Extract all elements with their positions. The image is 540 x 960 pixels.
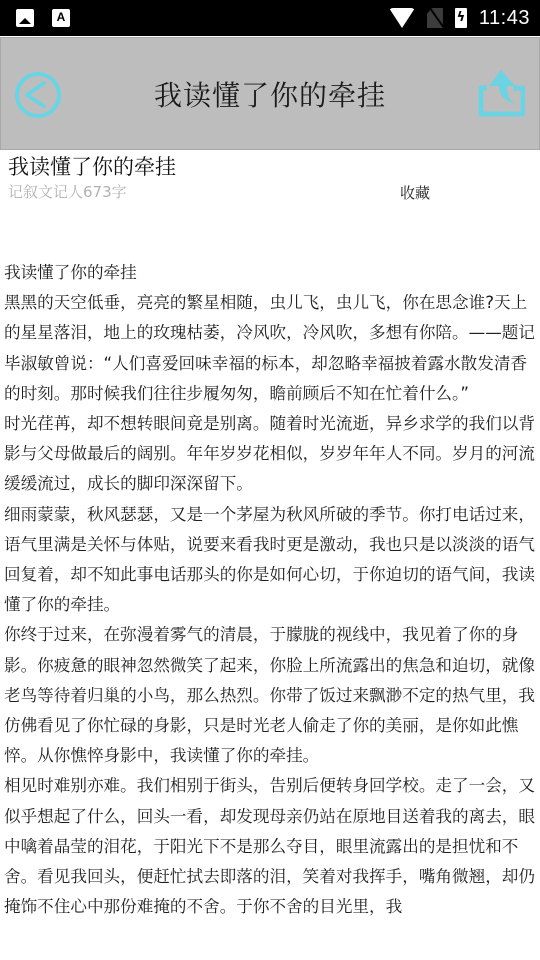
wifi-icon bbox=[389, 8, 415, 28]
paragraph: 时光荏苒，却不想转眼间竟是别离。随着时光流逝，异乡求学的我们以背影与父母做最后的… bbox=[4, 409, 538, 500]
share-icon bbox=[477, 66, 525, 118]
article-meta-row: 记叙文记人673字 收藏 bbox=[8, 182, 532, 204]
status-bar: A ϟ 11:43 bbox=[0, 0, 540, 36]
header-title: 我读懂了你的牵挂 bbox=[1, 74, 539, 114]
paragraph: 你终于过来，在弥漫着雾气的清晨，于朦胧的视线中，我见着了你的身影。你疲惫的眼神忽… bbox=[4, 620, 538, 771]
battery-charging-icon: ϟ bbox=[455, 8, 467, 28]
image-icon bbox=[16, 9, 34, 27]
notification-icons: A bbox=[16, 9, 70, 27]
paragraph: 我读懂了你的牵挂 bbox=[4, 258, 538, 288]
app-header: 我读懂了你的牵挂 bbox=[0, 37, 540, 150]
article-header: 我读懂了你的牵挂 记叙文记人673字 收藏 bbox=[8, 152, 532, 204]
article-body: 我读懂了你的牵挂 黑黑的天空低垂，亮亮的繁星相随，虫儿飞，虫儿飞，你在思念谁?天… bbox=[4, 258, 538, 922]
share-button[interactable] bbox=[477, 66, 525, 118]
no-sim-icon bbox=[427, 8, 443, 28]
paragraph: 毕淑敏曾说：“人们喜爱回味幸福的标本，却忽略幸福披着露水散发清香的时刻。那时候我… bbox=[4, 349, 538, 409]
article-meta: 记叙文记人673字 bbox=[8, 183, 127, 201]
paragraph: 黑黑的天空低垂，亮亮的繁星相随，虫儿飞，虫儿飞，你在思念谁?天上的星星落泪，地上… bbox=[4, 288, 538, 348]
status-time: 11:43 bbox=[479, 7, 530, 30]
system-icons: ϟ 11:43 bbox=[389, 0, 530, 36]
article-title: 我读懂了你的牵挂 bbox=[8, 152, 532, 182]
text-a-icon: A bbox=[52, 9, 70, 27]
paragraph: 相见时难别亦难。我们相别于街头，告别后便转身回学校。走了一会，又似乎想起了什么，… bbox=[4, 771, 538, 922]
paragraph: 细雨蒙蒙，秋风瑟瑟，又是一个茅屋为秋风所破的季节。你打电话过来，语气里满是关怀与… bbox=[4, 500, 538, 621]
favorite-button[interactable]: 收藏 bbox=[400, 182, 430, 204]
